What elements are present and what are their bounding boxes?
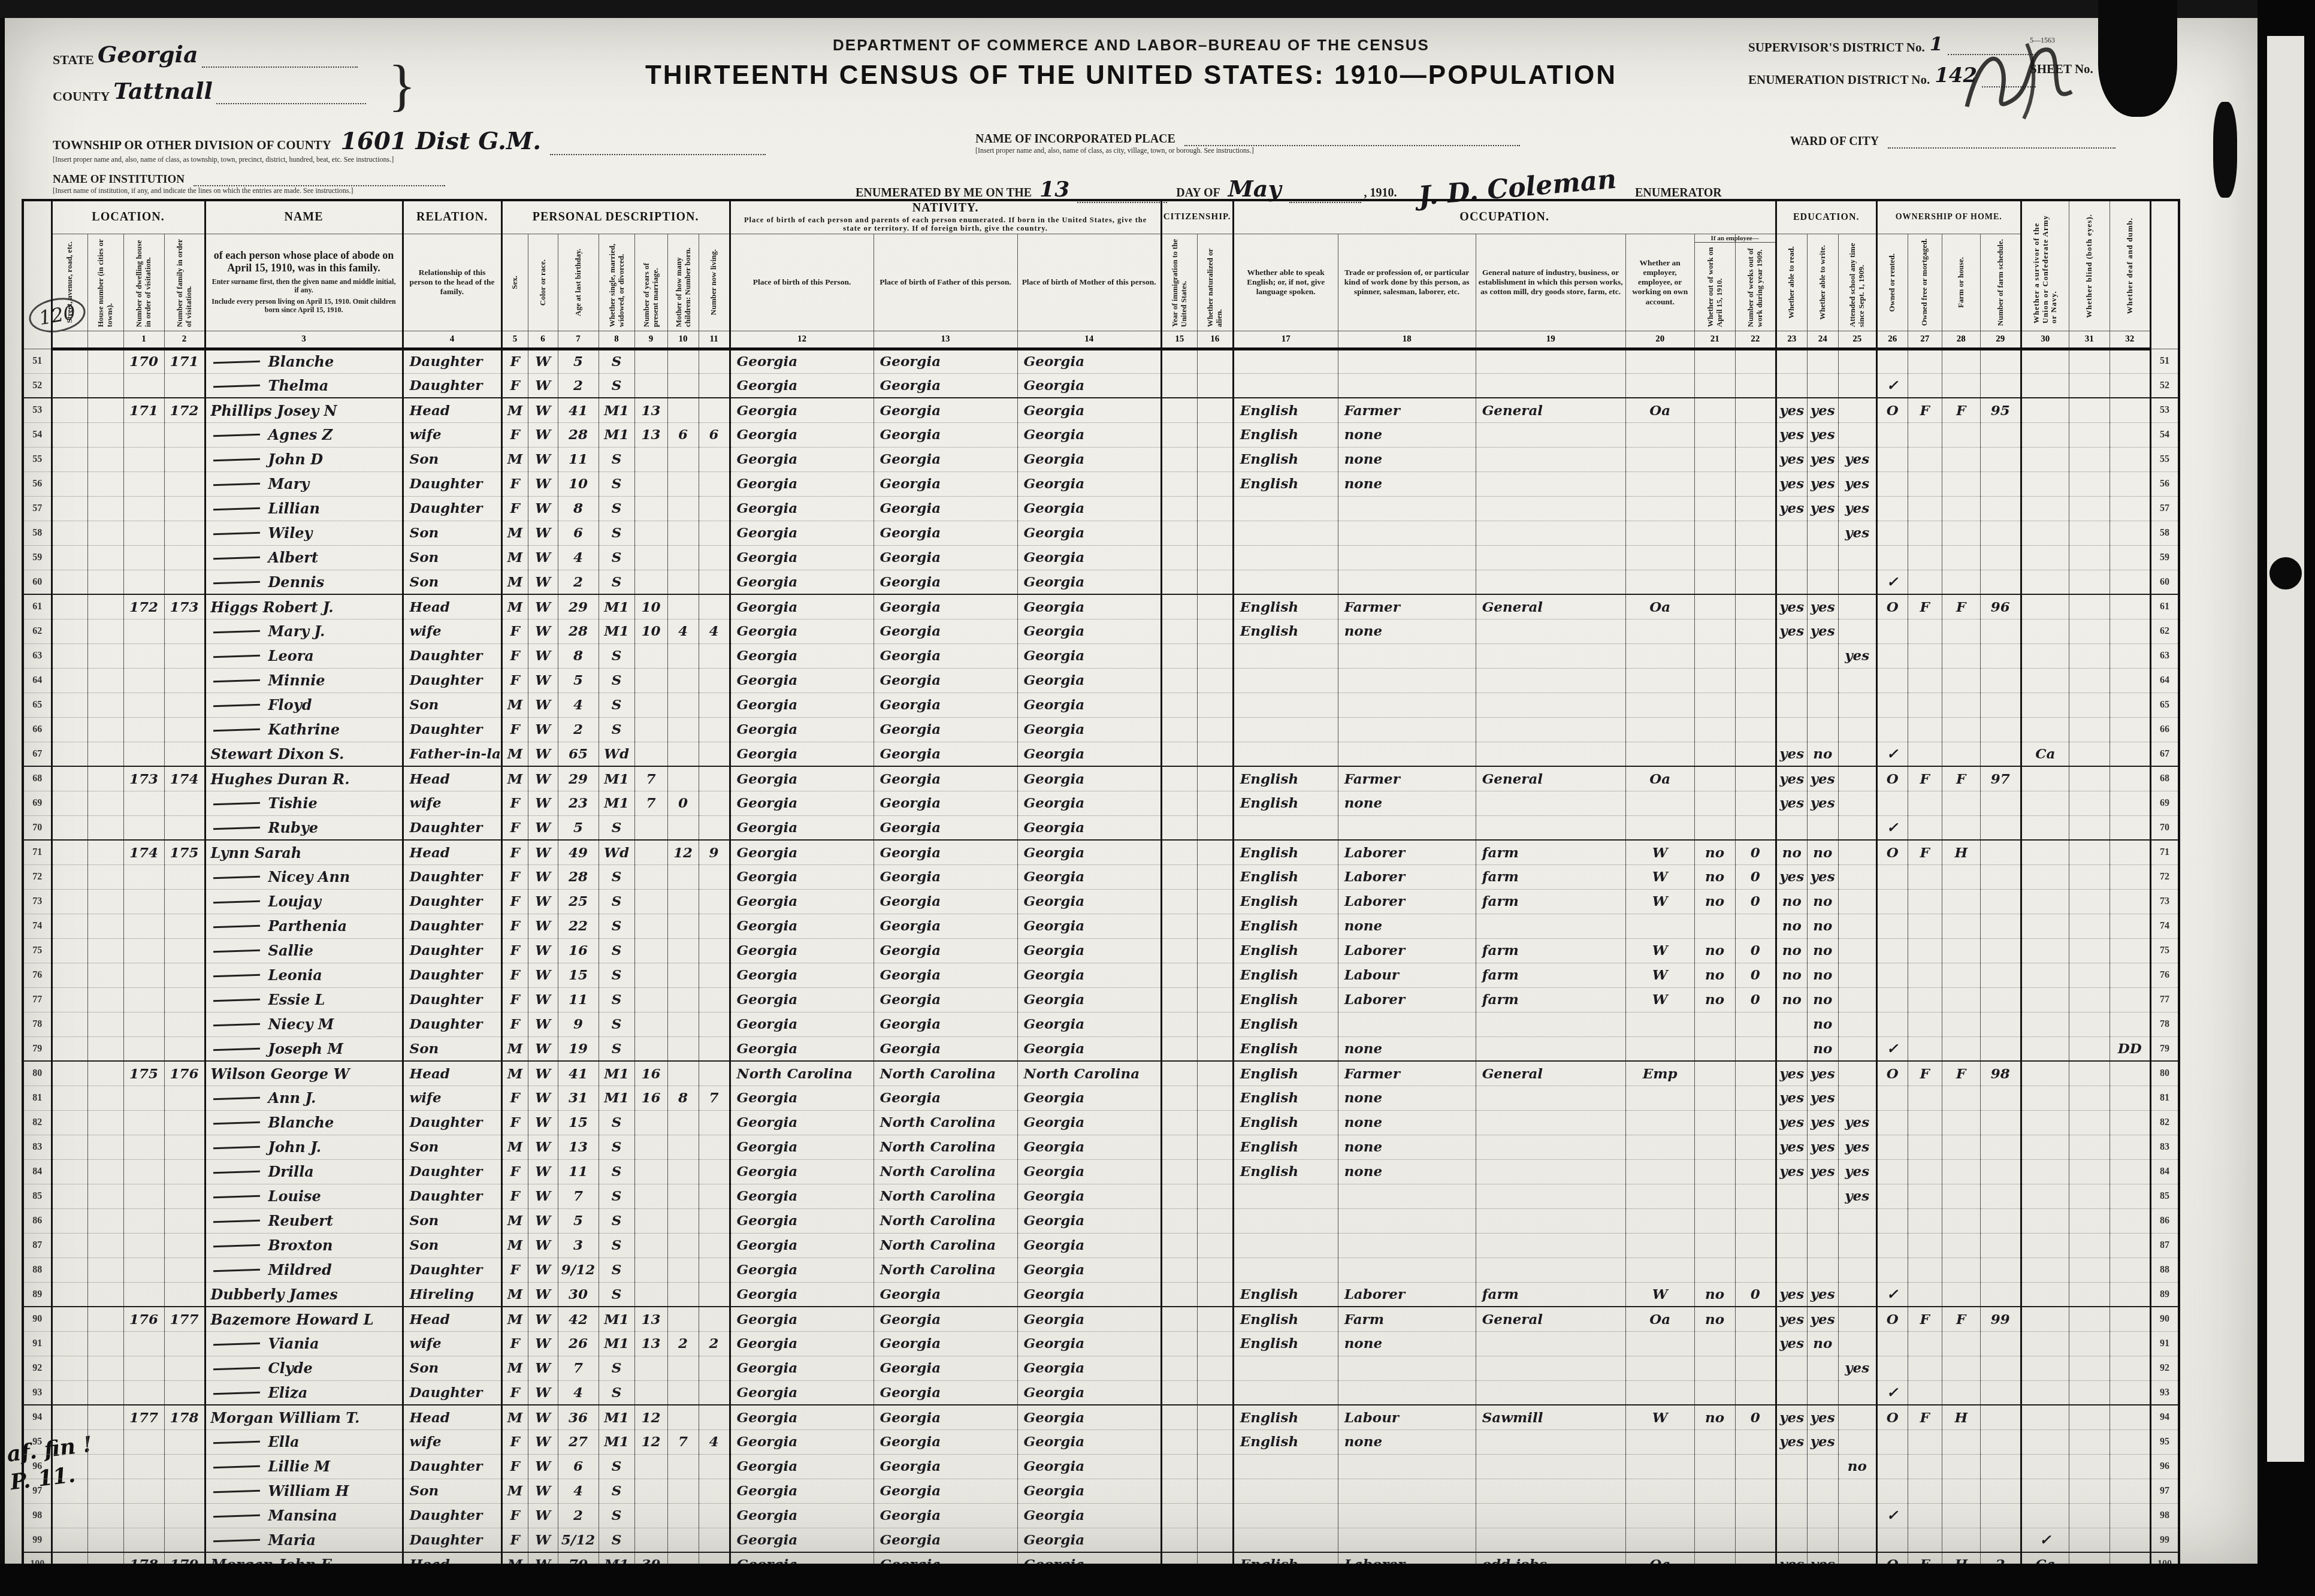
cell-house [87, 422, 123, 447]
cell-d [123, 619, 164, 643]
cell-sched [1980, 889, 2021, 914]
cell-own: O [1876, 1307, 1908, 1331]
cell-ow [1694, 914, 1735, 938]
cell-ym: 13 [634, 1307, 667, 1331]
cell-emp [1625, 1086, 1694, 1110]
cell-write: yes [1807, 1159, 1838, 1184]
ditto-mark [213, 900, 260, 904]
table-row: 53171172Phillips Josey NHeadMW41M113Geor… [23, 398, 2179, 422]
cell-pf: Georgia [874, 471, 1017, 496]
enumerator-label: ENUMERATOR [1635, 186, 1722, 199]
cell-race: W [528, 938, 558, 963]
group-ownership: OWNERSHIP OF HOME. [1876, 200, 2021, 234]
cell-surv [2021, 349, 2069, 373]
cell-emp [1625, 1110, 1694, 1135]
cell-surv [2021, 1454, 2069, 1479]
cell-street [52, 422, 87, 447]
cell-imm [1161, 938, 1197, 963]
cell-write [1807, 668, 1838, 693]
cell-f [164, 1184, 205, 1208]
cell-race: W [528, 521, 558, 545]
census-scan: STATE Georgia COUNTY Tattnall } DEPARTME… [0, 0, 2315, 1596]
row-number-left: 56 [23, 471, 52, 496]
cell-surv [2021, 422, 2069, 447]
cell-school [1838, 545, 1876, 570]
cell-surv [2021, 1258, 2069, 1282]
cell-cl [699, 1135, 730, 1159]
cell-emp [1625, 914, 1694, 938]
cell-ind: farm [1476, 1282, 1625, 1307]
col-desc-d: Number of dwelling house in order of vis… [123, 234, 164, 331]
cell-race: W [528, 349, 558, 373]
cell-ind [1476, 422, 1625, 447]
cell-d [123, 447, 164, 471]
cell-cb [667, 1258, 699, 1282]
cell-pm: Georgia [1017, 1159, 1161, 1184]
cell-mort [1908, 1086, 1942, 1110]
cell-surv [2021, 1012, 2069, 1036]
cell-deaf [2110, 1086, 2150, 1110]
cell-sex: F [501, 422, 528, 447]
table-row: 59AlbertSonMW4SGeorgiaGeorgiaGeorgia59 [23, 545, 2179, 570]
row-number-right: 86 [2150, 1208, 2179, 1233]
col-desc-cl: Number now living. [699, 234, 730, 331]
cell-emp [1625, 619, 1694, 643]
cell-rel: Daughter [403, 1012, 501, 1036]
cell-eng [1233, 521, 1338, 545]
cell-age: 23 [558, 791, 599, 815]
cell-f: 177 [164, 1307, 205, 1331]
table-row: 99MariaDaughterFW5/12SGeorgiaGeorgiaGeor… [23, 1528, 2179, 1552]
cell-ind [1476, 1110, 1625, 1135]
cell-pb: Georgia [730, 1012, 874, 1036]
cell-sex: F [501, 963, 528, 987]
cell-rel: Daughter [403, 1454, 501, 1479]
cell-nat [1197, 1282, 1233, 1307]
cell-pm: Georgia [1017, 914, 1161, 938]
col-number-emp: 20 [1625, 331, 1694, 349]
cell-school [1838, 1086, 1876, 1110]
cell-imm [1161, 1061, 1197, 1086]
cell-cl [699, 496, 730, 521]
cell-trade: none [1338, 619, 1476, 643]
cell-surv [2021, 668, 2069, 693]
cell-eng [1233, 1184, 1338, 1208]
cell-d [123, 987, 164, 1012]
cell-wk [1735, 1356, 1776, 1380]
ditto-mark [213, 1367, 260, 1371]
row-number-right: 52 [2150, 373, 2179, 398]
cell-race: W [528, 1307, 558, 1331]
cell-street [52, 840, 87, 864]
cell-sex: M [501, 1282, 528, 1307]
table-row: 93ElizaDaughterFW4SGeorgiaGeorgiaGeorgia… [23, 1380, 2179, 1405]
cell-school [1838, 1258, 1876, 1282]
cell-write: no [1807, 840, 1838, 864]
cell-name: Mildred [205, 1258, 403, 1282]
cell-pm: Georgia [1017, 1208, 1161, 1233]
cell-read: yes [1776, 619, 1807, 643]
cell-imm [1161, 668, 1197, 693]
cell-deaf [2110, 1282, 2150, 1307]
cell-trade: Farmer [1338, 594, 1476, 619]
cell-wk [1735, 1454, 1776, 1479]
col-number-fh: 28 [1942, 331, 1980, 349]
cell-school [1838, 1012, 1876, 1036]
cell-sched: 95 [1980, 398, 2021, 422]
cell-house [87, 398, 123, 422]
cell-mort [1908, 1159, 1942, 1184]
cell-house [87, 594, 123, 619]
cell-ow [1694, 1184, 1735, 1208]
cell-mort [1908, 1528, 1942, 1552]
cell-pm: Georgia [1017, 1356, 1161, 1380]
cell-blind [2069, 1405, 2110, 1429]
ditto-mark [213, 802, 260, 806]
table-row: 66KathrineDaughterFW2SGeorgiaGeorgiaGeor… [23, 717, 2179, 742]
cell-mar: S [599, 889, 634, 914]
cell-race: W [528, 864, 558, 889]
cell-eng [1233, 1356, 1338, 1380]
cell-house [87, 521, 123, 545]
cell-ow [1694, 1356, 1735, 1380]
cell-pm: Georgia [1017, 840, 1161, 864]
ditto-mark [213, 925, 260, 929]
cell-pm: Georgia [1017, 422, 1161, 447]
cell-house [87, 1380, 123, 1405]
cell-own: ✓ [1876, 373, 1908, 398]
cell-imm [1161, 717, 1197, 742]
cell-own [1876, 447, 1908, 471]
ditto-mark [213, 679, 260, 683]
cell-eng: English [1233, 1061, 1338, 1086]
cell-emp [1625, 1036, 1694, 1061]
cell-ind [1476, 1233, 1625, 1258]
cell-name: William H [205, 1479, 403, 1503]
cell-deaf [2110, 1307, 2150, 1331]
cell-mort [1908, 1331, 1942, 1356]
row-number-right: 82 [2150, 1110, 2179, 1135]
cell-race: W [528, 447, 558, 471]
cell-pm: Georgia [1017, 889, 1161, 914]
cell-age: 13 [558, 1135, 599, 1159]
cell-pf: Georgia [874, 693, 1017, 717]
row-number-left: 78 [23, 1012, 52, 1036]
cell-age: 25 [558, 889, 599, 914]
cell-nat [1197, 1036, 1233, 1061]
cell-sex: F [501, 619, 528, 643]
cell-fh [1942, 1479, 1980, 1503]
cell-age: 6 [558, 1454, 599, 1479]
cell-race: W [528, 791, 558, 815]
col-desc-deaf: Whether deaf and dumb. [2110, 200, 2150, 331]
cell-cb [667, 938, 699, 963]
cell-mar: M1 [599, 619, 634, 643]
cell-nat [1197, 1479, 1233, 1503]
row-number-right: 74 [2150, 914, 2179, 938]
cell-fh: H [1942, 1405, 1980, 1429]
cell-house [87, 1110, 123, 1135]
cell-sex: M [501, 398, 528, 422]
cell-eng: English [1233, 840, 1338, 864]
cell-cl [699, 742, 730, 766]
cell-sched: 98 [1980, 1061, 2021, 1086]
cell-cl [699, 643, 730, 668]
cell-ym [634, 643, 667, 668]
cell-trade: Farmer [1338, 1061, 1476, 1086]
cell-mort [1908, 471, 1942, 496]
col-desc-sched: Number of farm schedule. [1980, 234, 2021, 331]
cell-sex: F [501, 373, 528, 398]
cell-nat [1197, 349, 1233, 373]
cell-age: 29 [558, 766, 599, 791]
ditto-mark [213, 999, 260, 1002]
cell-read: yes [1776, 1110, 1807, 1135]
table-row: 72Nicey AnnDaughterFW28SGeorgiaGeorgiaGe… [23, 864, 2179, 889]
cell-ow [1694, 1233, 1735, 1258]
cell-street [52, 594, 87, 619]
group-occupation: OCCUPATION. [1233, 200, 1776, 234]
cell-rel: Daughter [403, 643, 501, 668]
cell-f [164, 1503, 205, 1528]
cell-ow: no [1694, 1307, 1735, 1331]
cell-blind [2069, 693, 2110, 717]
cell-imm [1161, 1086, 1197, 1110]
col-number-rel: 4 [403, 331, 501, 349]
cell-emp [1625, 496, 1694, 521]
cell-cl [699, 471, 730, 496]
cell-race: W [528, 1233, 558, 1258]
cell-race: W [528, 963, 558, 987]
table-row: 51170171BlancheDaughterFW5SGeorgiaGeorgi… [23, 349, 2179, 373]
cell-ym: 7 [634, 766, 667, 791]
cell-imm [1161, 447, 1197, 471]
cell-pf: Georgia [874, 1036, 1017, 1061]
cell-blind [2069, 1380, 2110, 1405]
cell-sched [1980, 1208, 2021, 1233]
cell-ind [1476, 717, 1625, 742]
cell-blind [2069, 1307, 2110, 1331]
row-number-right: 90 [2150, 1307, 2179, 1331]
cell-f [164, 570, 205, 594]
cell-read [1776, 1528, 1807, 1552]
cell-pm: Georgia [1017, 398, 1161, 422]
cell-ym [634, 545, 667, 570]
cell-ow [1694, 693, 1735, 717]
cell-pb: Georgia [730, 594, 874, 619]
cell-ow [1694, 447, 1735, 471]
cell-f [164, 742, 205, 766]
cell-nat [1197, 545, 1233, 570]
cell-ym [634, 1110, 667, 1135]
cell-ym [634, 1356, 667, 1380]
census-rows: 51170171BlancheDaughterFW5SGeorgiaGeorgi… [23, 349, 2179, 1577]
cell-nat [1197, 447, 1233, 471]
cell-d [123, 791, 164, 815]
enumerated-day: 13 [1039, 177, 1069, 202]
cell-deaf [2110, 1454, 2150, 1479]
cell-nat [1197, 619, 1233, 643]
cell-wk [1735, 1258, 1776, 1282]
cell-deaf [2110, 987, 2150, 1012]
cell-ym [634, 742, 667, 766]
cell-sched [1980, 963, 2021, 987]
cell-blind [2069, 1086, 2110, 1110]
cell-eng: English [1233, 889, 1338, 914]
cell-fh [1942, 914, 1980, 938]
cell-nat [1197, 373, 1233, 398]
cell-wk [1735, 717, 1776, 742]
row-number-left: 82 [23, 1110, 52, 1135]
cell-pm: Georgia [1017, 1233, 1161, 1258]
cell-emp [1625, 1012, 1694, 1036]
cell-eng: English [1233, 1405, 1338, 1429]
cell-name: Louise [205, 1184, 403, 1208]
cell-pm: Georgia [1017, 864, 1161, 889]
cell-race: W [528, 1110, 558, 1135]
cell-pf: Georgia [874, 447, 1017, 471]
cell-f: 175 [164, 840, 205, 864]
cell-nat [1197, 840, 1233, 864]
col-desc-imm: Year of immigration to the United States… [1161, 234, 1197, 331]
cell-sex: M [501, 693, 528, 717]
sheet-header: STATE Georgia COUNTY Tattnall } DEPARTME… [41, 22, 2210, 199]
cell-school [1838, 668, 1876, 693]
cell-own: ✓ [1876, 570, 1908, 594]
cell-rel: wife [403, 1429, 501, 1454]
cell-street [52, 987, 87, 1012]
cell-trade [1338, 815, 1476, 840]
cell-emp: W [1625, 1405, 1694, 1429]
table-row: 69TishiewifeFW23M170GeorgiaGeorgiaGeorgi… [23, 791, 2179, 815]
cell-sex: F [501, 1086, 528, 1110]
row-number-right: 61 [2150, 594, 2179, 619]
row-number-right: 77 [2150, 987, 2179, 1012]
cell-pb: Georgia [730, 545, 874, 570]
cell-school [1838, 422, 1876, 447]
row-number-right: 62 [2150, 619, 2179, 643]
cell-sched [1980, 496, 2021, 521]
cell-sex: M [501, 447, 528, 471]
cell-sched [1980, 1110, 2021, 1135]
col-number-mar: 8 [599, 331, 634, 349]
cell-mort: F [1908, 766, 1942, 791]
cell-mort [1908, 619, 1942, 643]
cell-pf: Georgia [874, 1429, 1017, 1454]
table-row: 89Dubberly JamesHirelingMW30SGeorgiaGeor… [23, 1282, 2179, 1307]
cell-sex: F [501, 496, 528, 521]
cell-sex: M [501, 1135, 528, 1159]
cell-fh [1942, 373, 1980, 398]
cell-sex: M [501, 570, 528, 594]
cell-fh [1942, 1503, 1980, 1528]
cell-eng: English [1233, 864, 1338, 889]
cell-cb [667, 1159, 699, 1184]
cell-nat [1197, 643, 1233, 668]
cell-school [1838, 938, 1876, 963]
cell-pm: Georgia [1017, 668, 1161, 693]
cell-cb [667, 963, 699, 987]
cell-pb: Georgia [730, 1110, 874, 1135]
cell-sched [1980, 987, 2021, 1012]
cell-school: yes [1838, 471, 1876, 496]
cell-pb: Georgia [730, 864, 874, 889]
cell-pm: Georgia [1017, 1012, 1161, 1036]
cell-fh [1942, 471, 1980, 496]
cell-deaf [2110, 864, 2150, 889]
cell-name: Stewart Dixon S. [205, 742, 403, 766]
cell-street [52, 1086, 87, 1110]
table-row: 65FloydSonMW4SGeorgiaGeorgiaGeorgia65 [23, 693, 2179, 717]
cell-wk [1735, 914, 1776, 938]
state-label: STATE [53, 52, 94, 68]
table-row: 96Lillie MDaughterFW6SGeorgiaGeorgiaGeor… [23, 1454, 2179, 1479]
cell-mort: F [1908, 1405, 1942, 1429]
cell-school: yes [1838, 1184, 1876, 1208]
cell-trade [1338, 1233, 1476, 1258]
cell-read: yes [1776, 447, 1807, 471]
cell-trade [1338, 1454, 1476, 1479]
cell-ow [1694, 643, 1735, 668]
cell-nat [1197, 987, 1233, 1012]
cell-trade: none [1338, 471, 1476, 496]
incorporated-rule [1184, 132, 1520, 146]
cell-mort [1908, 1429, 1942, 1454]
supervisor-value: 1 [1930, 32, 1943, 55]
cell-nat [1197, 1184, 1233, 1208]
cell-d [123, 1454, 164, 1479]
cell-write: yes [1807, 1135, 1838, 1159]
cell-read: yes [1776, 766, 1807, 791]
cell-f [164, 1454, 205, 1479]
table-row: 92ClydeSonMW7SGeorgiaGeorgiaGeorgiayes92 [23, 1356, 2179, 1380]
cell-pb: Georgia [730, 668, 874, 693]
ditto-mark [213, 630, 260, 634]
cell-blind [2069, 1331, 2110, 1356]
cell-sex: F [501, 840, 528, 864]
cell-blind [2069, 914, 2110, 938]
cell-f: 172 [164, 398, 205, 422]
cell-read: yes [1776, 398, 1807, 422]
cell-blind [2069, 496, 2110, 521]
department-line: DEPARTMENT OF COMMERCE AND LABOR–BUREAU … [640, 36, 1622, 55]
cell-sched [1980, 1429, 2021, 1454]
cell-house [87, 1405, 123, 1429]
cell-ind: farm [1476, 987, 1625, 1012]
cell-emp [1625, 693, 1694, 717]
cell-deaf [2110, 1135, 2150, 1159]
cell-mar: Wd [599, 742, 634, 766]
cell-d: 176 [123, 1307, 164, 1331]
table-row: 55John DSonMW11SGeorgiaGeorgiaGeorgiaEng… [23, 447, 2179, 471]
cell-mar: S [599, 1208, 634, 1233]
cell-race: W [528, 840, 558, 864]
row-number-right: 84 [2150, 1159, 2179, 1184]
cell-sched [1980, 742, 2021, 766]
col-number-house [87, 331, 123, 349]
cell-sched [1980, 521, 2021, 545]
cell-cl [699, 1405, 730, 1429]
cell-wk: 0 [1735, 938, 1776, 963]
cell-mar: S [599, 938, 634, 963]
cell-pf: Georgia [874, 643, 1017, 668]
cell-d [123, 1012, 164, 1036]
row-number-right: 72 [2150, 864, 2179, 889]
cell-trade [1338, 668, 1476, 693]
row-number-right: 98 [2150, 1503, 2179, 1528]
cell-house [87, 1012, 123, 1036]
cell-wk [1735, 570, 1776, 594]
